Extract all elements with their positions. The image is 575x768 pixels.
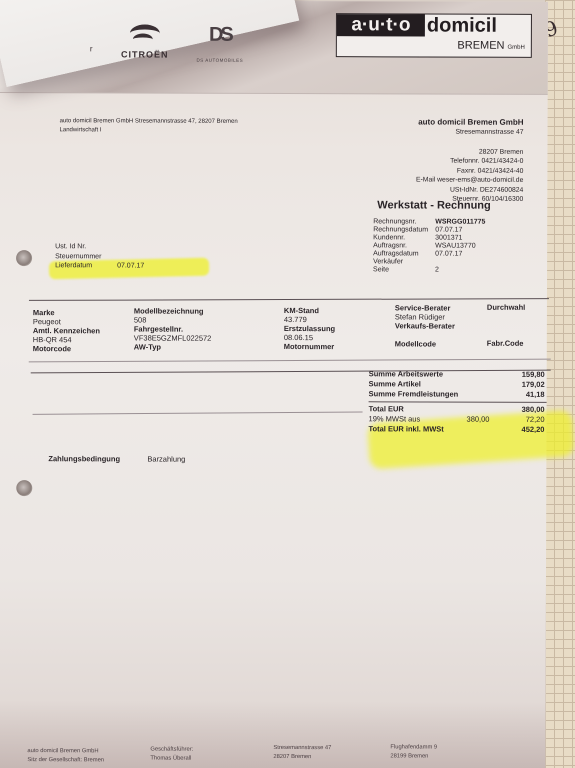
footer-address-1: Stresemannstrasse 47 28207 Bremen	[273, 744, 331, 762]
citroen-logo: CITROËN	[112, 24, 178, 62]
vehicle-col-brand: Marke Peugeot Amtl. Kennzeichen HB-QR 45…	[33, 308, 100, 353]
ds-wordmark: DS AUTOMOBILES	[196, 58, 243, 63]
license-plate: HB-QR 454	[33, 335, 100, 344]
vehicle-col-codes: Durchwahl Fabr.Code	[487, 303, 526, 348]
field-label: Motornummer	[284, 342, 335, 351]
field-label: Marke	[33, 308, 100, 317]
meta-label: Steuernummer	[55, 252, 117, 262]
meta-label: Rechnungsnr.	[373, 218, 435, 226]
ds-emblem-icon: DS	[190, 21, 250, 49]
field-label: Modellcode	[395, 339, 455, 348]
tax-number-value	[117, 252, 144, 262]
order-number: WSAU13770	[435, 243, 485, 251]
footer-address-2: Flughafendamm 9 28199 Bremen	[390, 743, 437, 761]
invoice-sheet: r CITROËN DS DS AUTOMOBILES a·u·t·o domi…	[0, 0, 548, 768]
logo-auto: a·u·t·o	[337, 14, 425, 36]
totals-row-third-party: Summe Fremdleistungen 41,18	[369, 389, 547, 400]
divider	[29, 359, 551, 363]
gross-total: 452,20	[522, 425, 545, 435]
meta-label: Verkäufer	[373, 258, 435, 266]
vehicle-col-mileage: KM-Stand 43.779 Erstzulassung 08.06.15 M…	[284, 306, 335, 351]
field-label: KM-Stand	[284, 306, 335, 315]
invoice-date: 07.07.17	[435, 227, 485, 235]
divider	[29, 298, 549, 301]
meta-label: Auftragsnr.	[373, 242, 435, 250]
company-fax: Faxnr. 0421/43424-40	[416, 166, 523, 176]
field-label: Erstzulassung	[284, 324, 335, 333]
meta-label: Rechnungsdatum	[373, 226, 435, 234]
citroen-wordmark: CITROËN	[121, 49, 169, 59]
totals-row-net: Total EUR 380,00	[369, 404, 547, 415]
totals-row-labor: Summe Arbeitswerte 159,80	[369, 369, 547, 380]
company-street: Stresemannstrasse 47	[416, 127, 523, 137]
third-party-amount: 41,18	[526, 390, 545, 400]
company-city: 28207 Bremen	[416, 147, 523, 157]
customer-tax-meta: Ust. Id Nr. Steuernummer Lieferdatum07.0…	[55, 242, 144, 271]
notebook-paper-background: 9	[545, 0, 575, 768]
logo-domicil: domicil	[425, 14, 531, 36]
footer-company: auto domicil Bremen GmbH Sitz der Gesell…	[27, 747, 104, 765]
auto-domicil-logo: a·u·t·o domicil BREMENGmbH	[336, 13, 532, 58]
field-label: Fahrgestellnr.	[134, 324, 212, 333]
vat-id-value	[117, 242, 144, 252]
payment-terms-value: Barzahlung	[147, 455, 185, 464]
company-phone: Telefonnr. 0421/43424-0	[416, 156, 523, 166]
field-label: Modellbezeichnung	[134, 306, 212, 315]
totals-row-parts: Summe Artikel 179,02	[369, 379, 547, 390]
logo-legal-form: GmbH	[507, 45, 524, 51]
ds-automobiles-logo: DS DS AUTOMOBILES	[190, 21, 250, 67]
service-advisor: Stefan Rüdiger	[395, 312, 455, 321]
field-label: Fabr.Code	[487, 339, 525, 348]
invoice-meta: Rechnungsnr.WSRGG011775 Rechnungsdatum07…	[373, 218, 485, 274]
punch-hole	[16, 250, 32, 266]
brand-logo-partial: r	[90, 44, 93, 53]
field-label: Verkaufs-Berater	[395, 321, 455, 330]
logo-city: BREMENGmbH	[457, 40, 524, 52]
invoice-title: Werkstatt - Rechnung	[377, 199, 491, 211]
field-label: Motorcode	[33, 344, 100, 353]
seller	[435, 259, 485, 267]
delivery-date: 07.07.17	[117, 261, 144, 271]
field-label: AW-Typ	[134, 342, 212, 351]
sender-address-line-2: Landwirtschaft I	[60, 127, 102, 133]
divider	[369, 401, 547, 403]
meta-label: Auftragsdatum	[373, 250, 435, 258]
company-address-block: auto domicil Bremen GmbH Stresemannstras…	[416, 117, 524, 204]
meta-label: Lieferdatum	[55, 261, 117, 271]
vehicle-col-advisor: Service-Berater Stefan Rüdiger Verkaufs-…	[395, 303, 455, 348]
parts-amount: 179,02	[522, 380, 545, 390]
field-label: Durchwahl	[487, 303, 525, 312]
company-name: auto domicil Bremen GmbH	[416, 117, 523, 127]
vehicle-brand: Peugeot	[33, 317, 100, 326]
logo-city-name: BREMEN	[457, 40, 504, 52]
first-registration: 08.06.15	[284, 333, 335, 342]
company-vat-id: USt-IdNr. DE274600824	[416, 185, 523, 195]
payment-terms: Zahlungsbedingung Barzahlung	[48, 454, 120, 463]
meta-label: Ust. Id Nr.	[55, 242, 117, 252]
vehicle-col-model: Modellbezeichnung 508 Fahrgestellnr. VF3…	[134, 306, 212, 351]
citroen-chevron-icon	[130, 24, 160, 42]
customer-number: 3001371	[435, 235, 485, 243]
punch-hole	[16, 480, 32, 496]
invoice-number: WSRGG011775	[435, 219, 485, 227]
net-total: 380,00	[522, 405, 545, 415]
vat-amount: 72,20	[526, 415, 545, 425]
totals-row-vat: 19% MWSt aus 380,00 72,20	[369, 414, 547, 425]
divider	[33, 412, 363, 415]
order-date: 07.07.17	[435, 251, 485, 259]
model-name: 508	[134, 315, 212, 324]
page-number: 2	[435, 267, 485, 275]
field-label: Amtl. Kennzeichen	[33, 326, 100, 335]
mileage: 43.779	[284, 315, 335, 324]
meta-label: Kundennr.	[373, 234, 435, 242]
totals-row-gross: Total EUR inkl. MWSt 452,20	[368, 424, 546, 435]
footer-management: Geschäftsführer: Thomas Überall	[150, 746, 193, 764]
labor-amount: 159,80	[522, 370, 545, 380]
meta-label: Seite	[373, 266, 435, 274]
field-label: Service-Berater	[395, 303, 455, 312]
vin: VF38E5GZMFL022572	[134, 333, 212, 342]
sender-address-line: auto domicil Bremen GmbH Stresemannstras…	[60, 118, 238, 125]
vat-base: 380,00	[467, 415, 490, 425]
totals-block: Summe Arbeitswerte 159,80 Summe Artikel …	[368, 369, 546, 435]
payment-terms-label: Zahlungsbedingung	[48, 454, 120, 463]
company-email: E-Mail weser-ems@auto-domicil.de	[416, 175, 523, 185]
